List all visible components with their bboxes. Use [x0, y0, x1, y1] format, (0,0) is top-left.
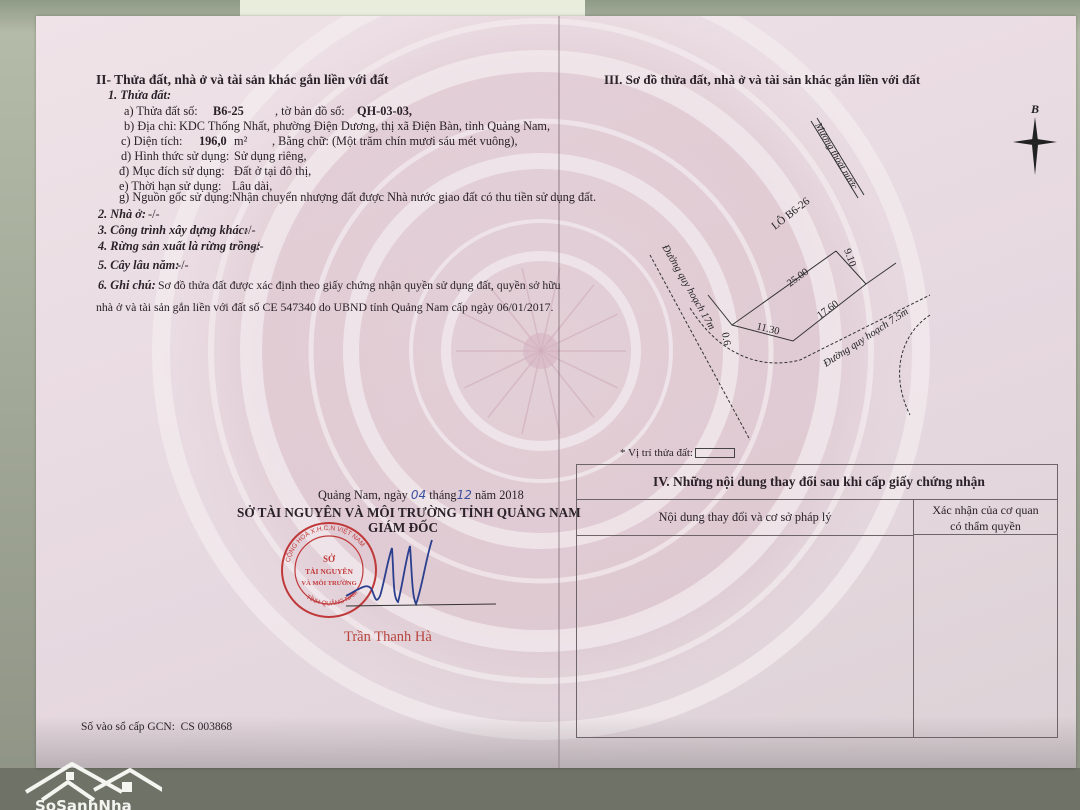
map-label: , tờ bản đồ số: [275, 104, 345, 119]
svg-text:Đường quy hoạch 7.5m: Đường quy hoạch 7.5m [821, 306, 911, 370]
confirmation-cell [914, 536, 1057, 737]
parcel-diagram: B LÔ B6-26 Mương thoát nước 25.00 9.10 1… [600, 95, 1070, 465]
origin-value: Nhận chuyển nhượng đất được Nhà nước gia… [232, 190, 596, 205]
svg-text:VÀ MÔI TRƯỜNG: VÀ MÔI TRƯỜNG [301, 579, 356, 587]
forest-value: -/- [252, 239, 264, 254]
svg-text:TÀI NGUYÊN: TÀI NGUYÊN [305, 566, 353, 576]
perennial-value: -/- [177, 258, 189, 273]
location-legend: * Vị trí thửa đất: [620, 446, 735, 461]
background-table [0, 768, 1080, 810]
svg-text:SỞ: SỞ [323, 554, 336, 564]
svg-text:25.00: 25.00 [785, 267, 811, 290]
area-value: 196,0 [199, 134, 227, 149]
origin-label: g) Nguồn gốc sử dụng: [119, 190, 232, 205]
svg-text:9.10: 9.10 [841, 247, 858, 268]
house-logo-icon [22, 760, 162, 802]
parcel-label: a) Thửa đất số: [124, 104, 198, 119]
changes-cell [577, 536, 914, 737]
address-value: KDC Thống Nhất, phường Điện Dương, thị x… [179, 119, 550, 134]
purpose-value: Đất ở tại đô thị, [234, 164, 311, 179]
usage-form-value: Sử dụng riêng, [234, 149, 307, 164]
construction-label: 3. Công trình xây dựng khác: [98, 223, 248, 238]
changes-table: IV. Những nội dung thay đổi sau khi cấp … [576, 464, 1058, 738]
registry-number: Số vào sổ cấp GCN: CS 003868 [81, 720, 232, 735]
usage-form-label: d) Hình thức sử dụng: [121, 149, 229, 164]
day-handwritten: 04 [411, 488, 426, 502]
svg-text:17.60: 17.60 [815, 299, 841, 322]
section-4-title: IV. Những nội dung thay đổi sau khi cấp … [577, 465, 1057, 500]
svg-text:B: B [1030, 102, 1039, 116]
section-3-title: III. Sơ đồ thửa đất, nhà ở và tài sản kh… [604, 72, 920, 87]
area-words: , Bằng chữ: (Một trăm chín mươi sáu mét … [272, 134, 518, 149]
svg-text:Mương thoát nước: Mương thoát nước [812, 120, 860, 192]
col-confirmation-header: Xác nhận của cơ quan có thẩm quyền [914, 499, 1057, 535]
svg-text:0.6: 0.6 [719, 332, 732, 347]
house-value: -/- [148, 207, 160, 222]
col-changes-header: Nội dung thay đổi và cơ sở pháp lý [577, 499, 914, 536]
north-arrow-icon: B [1013, 102, 1057, 175]
construction-value: -/- [244, 223, 256, 238]
parcel-value: B6-25 [213, 104, 244, 119]
place-date: Quảng Nam, ngày 04 tháng12 năm 2018 [318, 488, 524, 503]
svg-text:11.30: 11.30 [755, 321, 780, 337]
section-2-title: II- Thửa đất, nhà ở và tài sản khác gắn … [96, 72, 389, 87]
month-handwritten: 12 [457, 488, 472, 502]
forest-label: 4. Rừng sản xuất là rừng trồng: [98, 239, 261, 254]
logo-text: SoSanhNha [35, 800, 132, 810]
note-line-2: nhà ở và tài sản gắn liền với đất số CE … [96, 300, 553, 315]
house-label: 2. Nhà ở: [98, 207, 146, 222]
svg-text:LÔ B6-26: LÔ B6-26 [769, 195, 812, 232]
address-label: b) Địa chỉ: [124, 119, 177, 134]
note-label: 6. Ghi chú: [98, 278, 156, 293]
map-value: QH-03-03, [357, 104, 412, 119]
area-label: c) Diện tích: [121, 134, 182, 149]
location-box-icon [695, 448, 735, 458]
svg-text:TỈNH QUẢNG NAM: TỈNH QUẢNG NAM [305, 589, 360, 607]
area-unit: m² [234, 134, 247, 149]
note-line-1: Sơ đồ thửa đất được xác định theo giấy c… [158, 278, 561, 293]
official-stamp-icon: SỞ TÀI NGUYÊN VÀ MÔI TRƯỜNG CỘNG HOÀ X.H… [276, 518, 516, 628]
land-heading: 1. Thửa đất: [108, 88, 171, 103]
purpose-label: đ) Mục đích sử dụng: [119, 164, 225, 179]
perennial-label: 5. Cây lâu năm: [98, 258, 179, 273]
signer-name: Trần Thanh Hà [344, 630, 432, 645]
page-fold [558, 16, 560, 768]
